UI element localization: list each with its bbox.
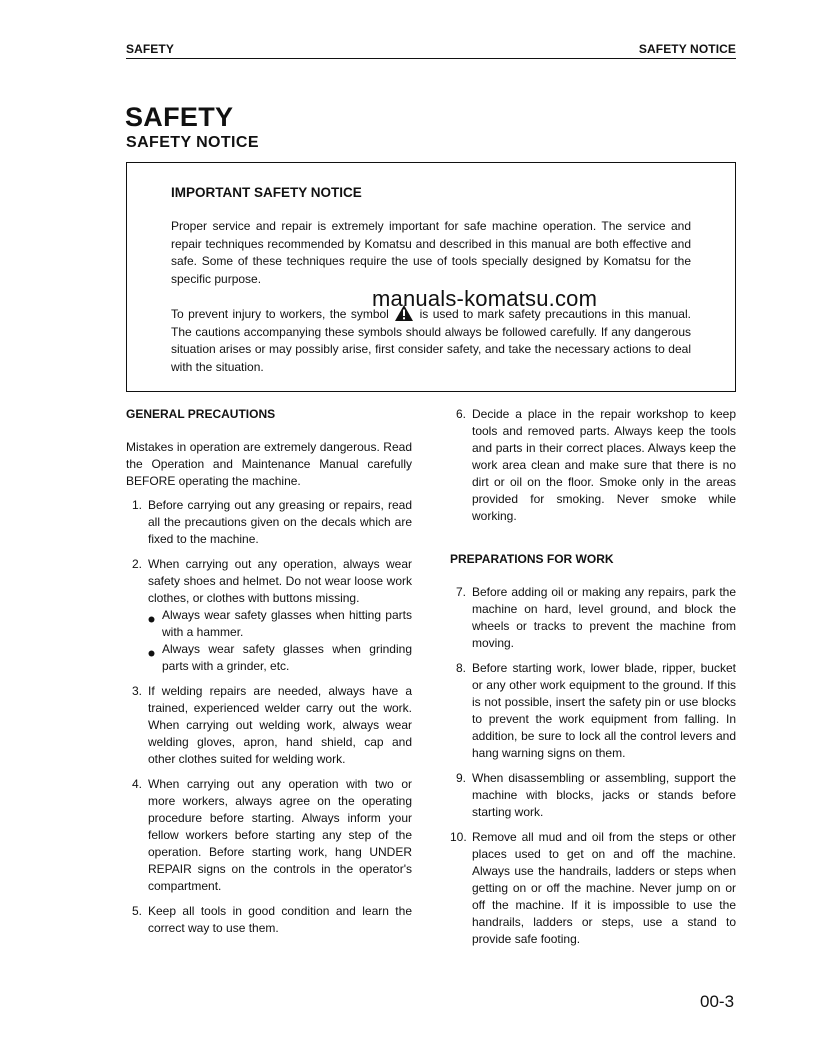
left-column: GENERAL PRECAUTIONS Mistakes in operatio…: [126, 406, 412, 945]
right-column: 6. Decide a place in the repair workshop…: [450, 406, 736, 956]
notice-paragraph-2-start: To prevent injury to workers, the symbol: [171, 307, 389, 321]
page-number: 00-3: [700, 992, 734, 1012]
notice-paragraph-2: To prevent injury to workers, the symbol…: [171, 305, 691, 376]
precaution-item: 5. Keep all tools in good condition and …: [126, 903, 412, 937]
watermark-text: manuals-komatsu.com: [372, 286, 597, 312]
item-text: Remove all mud and oil from the steps or…: [472, 830, 736, 946]
bullet-text: Always wear safety glasses when grinding…: [162, 642, 412, 673]
precaution-item: 3. If welding repairs are needed, always…: [126, 683, 412, 768]
preparation-item: 10. Remove all mud and oil from the step…: [450, 829, 736, 948]
item-number: 10.: [450, 829, 467, 846]
notice-paragraph-1: Proper service and repair is extremely i…: [171, 218, 691, 288]
running-header-section: SAFETY: [126, 42, 174, 56]
precaution-item: 6. Decide a place in the repair workshop…: [450, 406, 736, 525]
item-number: 2.: [132, 556, 142, 573]
item-number: 4.: [132, 776, 142, 793]
bullet-text: Always wear safety glasses when hitting …: [162, 608, 412, 639]
page-title: SAFETY: [125, 102, 233, 133]
item-number: 5.: [132, 903, 142, 920]
general-precautions-heading: GENERAL PRECAUTIONS: [126, 406, 412, 423]
item-number: 6.: [456, 406, 466, 423]
preparation-item: 8. Before starting work, lower blade, ri…: [450, 660, 736, 762]
item-number: 9.: [456, 770, 466, 787]
bullet-icon: [148, 645, 155, 652]
item-text: When carrying out any operation, always …: [148, 557, 412, 605]
bullet-icon: [148, 611, 155, 618]
item-text: When disassembling or assembling, suppor…: [472, 771, 736, 819]
item-number: 1.: [132, 497, 142, 514]
item-text: Keep all tools in good condition and lea…: [148, 904, 412, 935]
general-precautions-intro: Mistakes in operation are extremely dang…: [126, 439, 412, 490]
item-text: If welding repairs are needed, always ha…: [148, 684, 412, 766]
sub-bullet: Always wear safety glasses when hitting …: [148, 607, 412, 641]
preparation-item: 7. Before adding oil or making any repai…: [450, 584, 736, 652]
item-number: 8.: [456, 660, 466, 677]
preparations-for-work-heading: PREPARATIONS FOR WORK: [450, 551, 736, 568]
item-number: 7.: [456, 584, 466, 601]
item-text: Decide a place in the repair workshop to…: [472, 407, 736, 523]
preparation-item: 9. When disassembling or assembling, sup…: [450, 770, 736, 821]
item-text: Before starting work, lower blade, rippe…: [472, 661, 736, 760]
sub-bullet: Always wear safety glasses when grinding…: [148, 641, 412, 675]
precaution-item: 1. Before carrying out any greasing or r…: [126, 497, 412, 548]
important-safety-notice-box: IMPORTANT SAFETY NOTICE Proper service a…: [126, 162, 736, 392]
header-rule: [126, 58, 736, 59]
page-subtitle: SAFETY NOTICE: [126, 134, 259, 152]
precaution-item: 4. When carrying out any operation with …: [126, 776, 412, 895]
item-text: When carrying out any operation with two…: [148, 777, 412, 893]
running-header-topic: SAFETY NOTICE: [639, 42, 736, 56]
item-text: Before adding oil or making any repairs,…: [472, 585, 736, 650]
item-text: Before carrying out any greasing or repa…: [148, 498, 412, 546]
precaution-item: 2. When carrying out any operation, alwa…: [126, 556, 412, 675]
item-number: 3.: [132, 683, 142, 700]
notice-heading: IMPORTANT SAFETY NOTICE: [171, 185, 362, 200]
